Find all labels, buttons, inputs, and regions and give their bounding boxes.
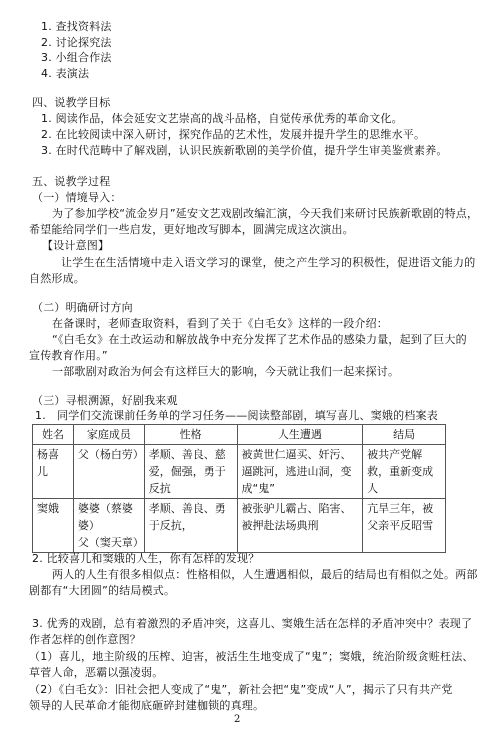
page-number: 2 [234,714,240,725]
direction-line: 一部歌剧对政治为何会有这样巨大的影响，今天就让我们一起来探讨。 [52,365,399,379]
answer-3a-line: （1）喜儿，地主阶级的压榨、迫害，被活生生地变成了“鬼”；窦娥，统治阶级贪赃枉法… [29,650,474,664]
subsection-heading-direction: （二）明确研讨方向 [32,301,133,315]
method-item: 2. 讨论探究法 [41,36,112,50]
direction-line: 在备课时，老师查取资料，看到了关于《白毛女》这样的一段介绍： [52,317,388,331]
cell-name: 窦娥 [33,499,74,553]
intro-paragraph-line: 为了参加学校“流金岁月”延安文艺戏剧改编汇演，今天我们来研讨民族新歌剧的特点， [52,207,478,221]
intro-paragraph-line: 希望能给同学们一些启发，更好地改写脚本，圆满完成这次演出。 [29,223,354,237]
table-row: 窦娥 婆婆（蔡婆婆） 父（窦天章） 孝顺、善良、勇于反抗， 被张驴儿霸占、陷害、… [33,499,446,553]
cell-ending: 亢旱三年，被父亲平反昭雪 [363,499,446,553]
section-heading-teaching-goals: 四、说教学目标 [32,96,110,110]
design-intent-line: 自然形成。 [29,272,85,286]
header-character: 性格 [144,425,237,445]
quote-line: 宣传教育作用。” [29,349,108,363]
task-3-line: 作者怎样的创作意图？ [29,633,141,647]
answer-3b-line: （2）《白毛女》：旧社会把人变成了“鬼”，新社会把“鬼”变成“人”，揭示了只有共… [29,683,453,697]
header-family: 家庭成员 [73,425,144,445]
cell-ending: 被共产党解救，重新变成人 [363,445,446,499]
design-intent-label: 【设计意图】 [42,239,109,253]
design-intent-line: 让学生在生活情境中走入语文学习的课堂，使之产生学习的积极性，促进语文能力的 [61,256,475,270]
method-item: 3. 小组合作法 [41,51,112,65]
character-profile-table: 姓名 家庭成员 性格 人生遭遇 结局 杨喜儿 父（杨白劳） 孝顺、善良、慈爱，倔… [32,424,446,553]
section-heading-teaching-process: 五、说教学过程 [32,175,110,189]
method-item: 4. 表演法 [41,67,89,81]
method-item: 1. 查找资料法 [41,20,112,34]
answer-2-line: 剧都有“大团圆”的结局模式。 [29,584,175,598]
cell-experience: 被黄世仁逼买、奸污、逼跳河，逃进山洞，变成“鬼” [237,445,363,499]
answer-3b-line: 领导的人民革命才能彻底砸碎封建枷锁的真理。 [29,699,264,713]
header-ending: 结局 [363,425,446,445]
header-experience: 人生遭遇 [237,425,363,445]
cell-name: 杨喜儿 [33,445,74,499]
cell-experience: 被张驴儿霸占、陷害、被押赴法场典刑 [237,499,363,553]
subsection-heading-roots: （三）寻根溯源，好剧我来观 [32,394,178,408]
subsection-heading-intro: （一）情境导入： [32,191,122,205]
cell-family: 婆婆（蔡婆婆） 父（窦天章） [73,499,144,553]
quote-line: “《白毛女》在土改运动和解放战争中充分发挥了艺术作品的感染力量，起到了巨大的 [52,333,467,347]
header-name: 姓名 [33,425,74,445]
cell-character: 孝顺、善良、勇于反抗， [144,499,237,553]
task-1: 1. 同学们交流课前任务单的学习任务——阅读整部剧，填写喜儿、窦娥的档案表 [35,409,438,423]
answer-3a-line: 草菅人命，恶霸以强凌弱。 [29,666,163,680]
cell-character: 孝顺、善良、慈爱，倔强，勇于反抗 [144,445,237,499]
table-header-row: 姓名 家庭成员 性格 人生遭遇 结局 [33,425,446,445]
cell-family: 父（杨白劳） [73,445,144,499]
family-member: 父（窦天章） [78,534,140,551]
table-row: 杨喜儿 父（杨白劳） 孝顺、善良、慈爱，倔强，勇于反抗 被黄世仁逼买、奸污、逼跳… [33,445,446,499]
goal-item: 2. 在比较阅读中深入研讨，探究作品的艺术性，发展并提升学生的思维水平。 [41,128,425,142]
goal-item: 3. 在时代范畴中了解戏剧，认识民族新歌剧的美学价值，提升学生审美鉴赏素养。 [41,144,448,158]
family-member: 婆婆（蔡婆婆） [78,500,140,534]
task-2: 2. 比较喜儿和窦娥的人生，你有怎样的发现？ [32,552,259,566]
task-3-line: 3. 优秀的戏剧，总有着激烈的矛盾冲突，这喜儿、窦娥生活在怎样的矛盾冲突中？表现… [32,617,472,631]
goal-item: 1. 阅读作品，体会延安文艺崇高的战斗品格，自觉传承优秀的革命文化。 [41,112,403,126]
answer-2-line: 两人的人生有很多相似点：性格相似，人生遭遇相似，最后的结局也有相似之处。两部 [52,568,478,582]
